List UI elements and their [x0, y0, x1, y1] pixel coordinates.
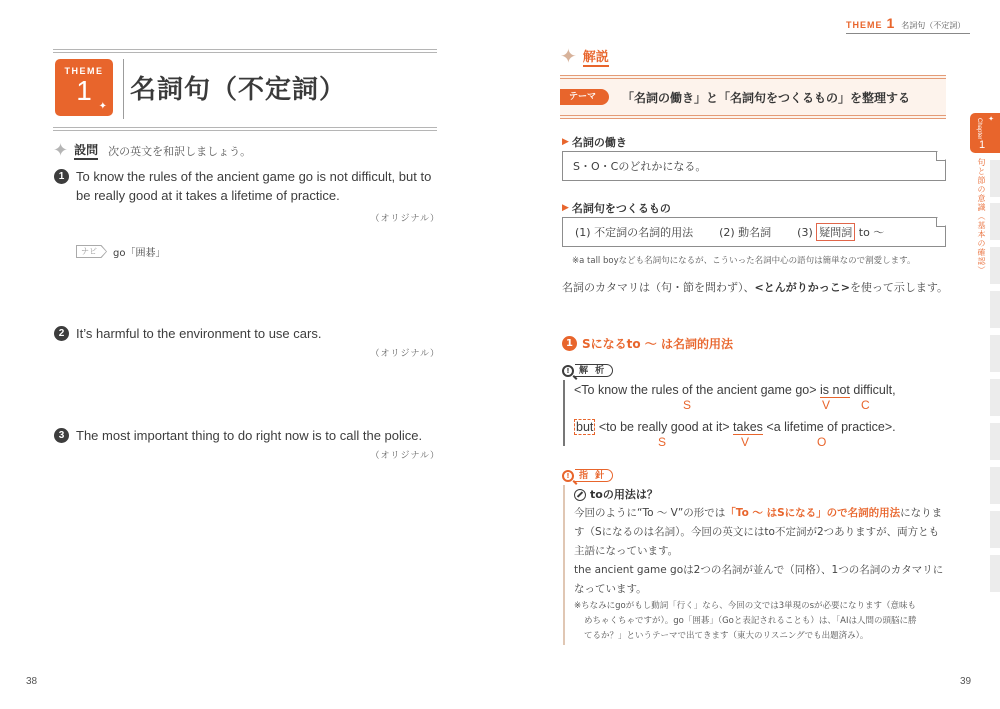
guide-paragraph: the ancient game goは2つの名詞が並んで（同格）、1つの名詞の…: [574, 561, 949, 599]
side-tab[interactable]: [990, 335, 1000, 372]
triangle-icon: ▶: [562, 137, 569, 147]
guide-paragraph: 今回のように“To ～ V”の形では「To ～ はSになる」ので名詞的用法になり…: [574, 504, 949, 561]
divider: [560, 115, 946, 119]
guide-subheading: toの用法は？: [574, 485, 949, 504]
side-tab[interactable]: [990, 423, 1000, 460]
role-label: V: [822, 398, 830, 412]
source-label: （オリジナル）: [54, 209, 440, 228]
note-box: (1) 不定詞の名詞的用法 (2) 動名詞 (3) 疑問詞 to ～: [562, 217, 946, 247]
question-number: 2: [54, 326, 69, 341]
question-text: The most important thing to do right now…: [76, 426, 440, 445]
magnifier-icon: !: [562, 365, 574, 377]
analysis-line: but <to be really good at it> takes <a l…: [574, 420, 896, 434]
section-label: ✦ 解説: [560, 44, 609, 68]
question-item: 3 The most important thing to do right n…: [54, 426, 440, 465]
question-label: 設問: [74, 141, 98, 160]
theme-header: THEME 1 ✦ 名詞句（不定詞）: [53, 49, 437, 131]
sparkle-icon: ✦: [99, 101, 107, 112]
question-header: ✦ 設問 次の英文を和訳しましょう。: [53, 140, 251, 161]
side-tab[interactable]: [990, 160, 1000, 197]
section-heading: 1 Sになるto ～ は名詞的用法: [562, 335, 733, 352]
navi-text: go「囲碁」: [113, 244, 165, 259]
analysis-label: ! 解 析: [562, 364, 613, 377]
navi-hint: ナビ go「囲碁」: [76, 244, 165, 259]
left-page: THEME 1 ✦ 名詞句（不定詞） ✦ 設問 次の英文を和訳しましょう。 1 …: [0, 0, 500, 709]
chapter-tab[interactable]: Chapter ✦ 1: [970, 113, 1000, 153]
question-item: 1 To know the rules of the ancient game …: [54, 167, 440, 228]
source-label: （オリジナル）: [54, 344, 440, 363]
theme-band: テーマ 「名詞の働き」と「名詞句をつくるもの」を整理する: [560, 75, 946, 119]
sparkle-icon: ✦: [53, 140, 68, 161]
page-number: 39: [960, 676, 971, 687]
running-head-number: 1: [887, 17, 895, 29]
side-tab[interactable]: [990, 555, 1000, 592]
running-head-title: 名詞句（不定詞）: [901, 20, 965, 31]
folded-corner: [936, 218, 945, 227]
chapter-title: 句と節の意識（基本の確認）: [976, 158, 987, 275]
sentence-analysis: <To know the rules of the ancient game g…: [563, 380, 943, 446]
divider: [53, 127, 437, 131]
subheading: ▶ 名詞句をつくるもの: [562, 200, 671, 216]
guide-label: ! 指 針: [562, 469, 613, 482]
side-tab[interactable]: [990, 203, 1000, 240]
side-tab[interactable]: [990, 511, 1000, 548]
page-title: 名詞句（不定詞）: [130, 69, 346, 106]
right-page: THEME 1 名詞句（不定詞） ✦ 解説 テーマ 「名詞の働き」と「名詞句をつ…: [500, 0, 1000, 709]
side-tab[interactable]: [990, 247, 1000, 284]
running-head: THEME 1 名詞句（不定詞）: [846, 17, 970, 34]
question-instruction: 次の英文を和訳しましょう。: [108, 143, 251, 159]
boxed-word: 疑問詞: [816, 223, 855, 241]
section-number: 1: [562, 336, 577, 351]
navi-tag: ナビ: [76, 245, 107, 258]
question-text: To know the rules of the ancient game go…: [76, 167, 440, 205]
subheading: ▶ 名詞の働き: [562, 134, 627, 150]
role-label: S: [683, 398, 691, 412]
theme-tag: テーマ: [560, 89, 609, 105]
magnifier-icon: !: [562, 470, 574, 482]
question-item: 2 It’s harmful to the environment to use…: [54, 324, 440, 363]
theme-text: 「名詞の働き」と「名詞句をつくるもの」を整理する: [622, 89, 910, 106]
role-label: V: [741, 435, 749, 449]
divider: [53, 49, 437, 53]
question-number: 3: [54, 428, 69, 443]
compass-icon: [574, 489, 586, 501]
side-tab[interactable]: [990, 379, 1000, 416]
question-number: 1: [54, 169, 69, 184]
analysis-line: <To know the rules of the ancient game g…: [574, 383, 896, 397]
role-label: S: [658, 435, 666, 449]
source-label: （オリジナル）: [54, 446, 440, 465]
running-head-theme: THEME: [846, 20, 883, 30]
theme-badge: THEME 1 ✦: [55, 59, 113, 116]
sparkle-icon: ✦: [988, 115, 994, 123]
note-box: S・O・Cのどれかになる。: [562, 151, 946, 181]
paragraph: 名詞のカタマリは（句・節を問わず）、<とんがりかっこ>を使って示します。: [562, 279, 948, 295]
footnote: ※a tall boyなども名詞句になるが、こういった名詞中心の語句は簡単なので…: [572, 254, 915, 266]
side-tab[interactable]: [990, 467, 1000, 504]
role-label: C: [861, 398, 870, 412]
divider: [560, 75, 946, 79]
guide-section: toの用法は？ 今回のように“To ～ V”の形では「To ～ はSになる」ので…: [563, 485, 949, 645]
guide-note: ※ちなみにgoがもし動詞「行く」なら、今回の文では3単現のsが必要になります（意…: [574, 599, 949, 644]
side-tab[interactable]: [990, 291, 1000, 328]
question-text: It’s harmful to the environment to use c…: [76, 324, 440, 343]
sparkle-icon: ✦: [560, 44, 577, 68]
triangle-icon: ▶: [562, 203, 569, 213]
folded-corner: [936, 152, 945, 161]
role-label: O: [817, 435, 826, 449]
page-number: 38: [26, 676, 37, 687]
divider: [123, 59, 124, 119]
